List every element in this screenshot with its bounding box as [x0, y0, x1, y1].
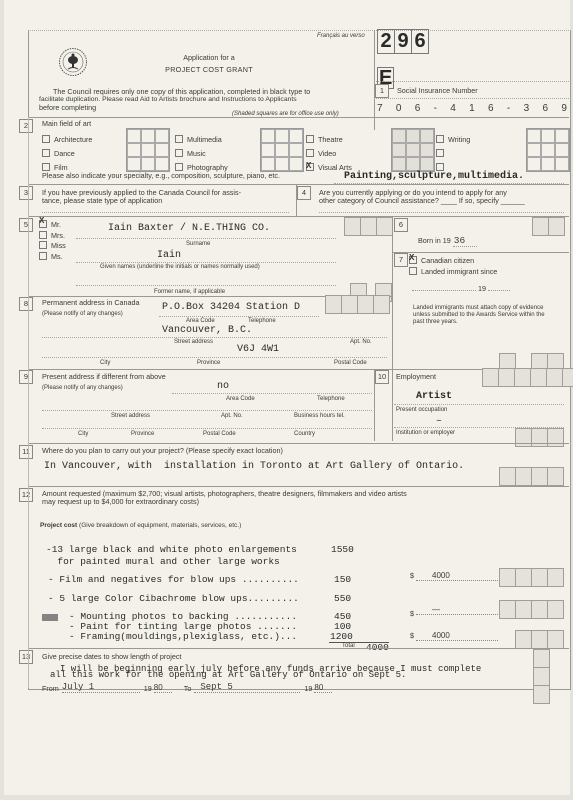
given-names-field[interactable]: Iain	[157, 250, 181, 261]
checkbox-mrs[interactable]: Mrs.	[39, 231, 66, 242]
office-grid	[526, 128, 570, 172]
canada-council-seal-icon	[58, 47, 88, 77]
cost-item: -13 large black and white photo enlargem…	[46, 544, 297, 555]
cost-item: - Film and negatives for blow ups ......…	[48, 574, 299, 585]
cost-item-amount: 1550	[331, 544, 354, 555]
former-name-field[interactable]	[76, 285, 336, 286]
office-boxes	[500, 568, 564, 587]
office-boxes	[533, 650, 550, 704]
cost-item: - 5 large Color Cibachrome blow ups.....…	[48, 593, 299, 604]
sin-digit: 7	[377, 103, 383, 114]
employment-label: Employment	[396, 373, 436, 381]
office-grid	[126, 128, 170, 172]
city-label: City	[78, 431, 88, 438]
title-options: XMr. Mrs. Miss Ms.	[39, 220, 66, 262]
checkbox-music[interactable]: Music	[175, 147, 228, 161]
telephone-label: Telephone	[317, 396, 345, 403]
section-number-1: 1	[375, 84, 389, 98]
citizenship-options: XCanadian citizen Landed immigrant since	[409, 255, 497, 277]
office-boxes	[516, 630, 564, 649]
permanent-address-label: Permanent address in Canada	[42, 299, 140, 307]
street-address-label: Street address	[174, 339, 213, 346]
present-street-field[interactable]	[42, 410, 372, 411]
section-number-2: 2	[19, 119, 33, 133]
checkbox-mr[interactable]: XMr.	[39, 220, 66, 231]
employer-label: Institution or employer	[396, 430, 455, 437]
postal-code-label: Postal Code	[203, 431, 236, 438]
postal-code-label: Postal Code	[334, 360, 367, 367]
section-number-13: 13	[19, 650, 33, 664]
prev-application-field[interactable]	[42, 212, 289, 213]
province-label: Province	[131, 431, 154, 438]
sin-digit: 9	[561, 103, 567, 114]
apt-no-label: Apt. No.	[350, 339, 372, 346]
file-digit: 9	[395, 29, 412, 54]
street-address-label: Street address	[111, 413, 150, 420]
section-number-9: 9	[19, 370, 33, 384]
immigrant-note: Landed immigrants must attach copy of ev…	[413, 305, 548, 326]
checkbox-canadian-citizen[interactable]: XCanadian citizen	[409, 255, 497, 266]
section-number-11: 11	[19, 445, 33, 459]
present-address-label: Present address if different from above	[42, 373, 166, 381]
art-field-col1: Architecture Dance Film	[42, 133, 92, 175]
postal-code-field[interactable]: V6J 4W1	[237, 344, 279, 355]
sin-digit: -	[434, 103, 437, 114]
checkbox-ms[interactable]: Ms.	[39, 252, 66, 263]
cost-item: - Framing(mouldings,plexiglass, etc.)...	[69, 631, 297, 642]
art-field-col2: Multimedia Music Photography	[175, 133, 228, 175]
former-name-label: Former name, if applicable	[154, 289, 225, 296]
checkbox-other-1[interactable]	[436, 147, 470, 161]
present-address-sublabel: (Please notify of any changes)	[42, 385, 123, 392]
area-code-label: Area Code	[186, 318, 215, 325]
address-line1-field[interactable]: P.O.Box 34204 Station D	[162, 302, 300, 313]
section-number-7: 7	[394, 253, 408, 267]
project-dates-label: Give precise dates to show length of pro…	[42, 653, 181, 661]
cost-item: for painted mural and other large works	[46, 556, 280, 567]
section-number-6: 6	[394, 218, 408, 232]
telephone-label: Telephone	[248, 318, 276, 325]
intro-line1: The Council requires only one copy of th…	[39, 88, 374, 96]
french-note: Français au verso	[317, 33, 365, 40]
title-line1: Application for a	[134, 54, 284, 62]
prev-application-label: If you have previously applied to the Ca…	[42, 189, 292, 206]
country-label: Country	[294, 431, 315, 438]
present-city-field[interactable]	[42, 428, 372, 429]
cost-item-amount: 1200	[330, 631, 353, 642]
sin-digit: 6	[488, 103, 494, 114]
section-number-3: 3	[19, 186, 33, 200]
cost-item-amount: 550	[334, 593, 351, 604]
surname-field[interactable]: Iain Baxter / N.E.THING CO.	[108, 223, 270, 234]
sin-digit: 6	[542, 103, 548, 114]
amount-field-3[interactable]: $ 4000	[410, 631, 498, 641]
to-year-field[interactable]: 80	[314, 683, 332, 693]
office-boxes	[500, 600, 564, 619]
other-assistance-field[interactable]	[319, 212, 564, 213]
section-number-5: 5	[19, 218, 33, 232]
immigrant-year-row: 19	[412, 285, 510, 293]
checkbox-writing[interactable]: Writing	[436, 133, 470, 147]
sin-label: Social Insurance Number	[397, 87, 478, 95]
art-field-col4: Writing	[436, 133, 470, 175]
from-year-field[interactable]: 80	[154, 683, 172, 693]
project-location-label: Where do you plan to carry out your proj…	[42, 447, 283, 455]
city-label: City	[100, 360, 110, 367]
sin-digit: 0	[396, 103, 402, 114]
office-boxes	[500, 467, 564, 486]
section-number-12: 12	[19, 488, 33, 502]
birth-year: Born in 19 36	[418, 236, 477, 247]
checkbox-miss[interactable]: Miss	[39, 241, 66, 252]
occupation-field[interactable]: Artist	[416, 391, 452, 402]
file-number-boxes: 2 9 6	[377, 29, 429, 54]
checkmark-x-icon: X	[39, 216, 44, 227]
project-location-field[interactable]: In Vancouver, with installation in Toron…	[44, 461, 464, 472]
employer-field[interactable]: –	[436, 416, 442, 427]
section-number-8: 8	[19, 297, 33, 311]
checkbox-video[interactable]: Video	[306, 147, 352, 161]
form-title: Application for a PROJECT COST GRANT	[134, 54, 284, 75]
checkbox-architecture[interactable]: Architecture	[42, 133, 92, 147]
title-line2: PROJECT COST GRANT	[134, 66, 284, 74]
office-boxes	[345, 217, 393, 236]
from-date-field[interactable]: July 1	[62, 682, 140, 693]
office-boxes	[533, 217, 565, 236]
file-digit: 2	[377, 29, 395, 54]
permanent-address-sublabel: (Please notify of any changes)	[42, 311, 123, 318]
specialty-prompt: Please also indicate your specialty, e.g…	[42, 172, 280, 180]
office-boxes	[516, 428, 564, 447]
checkbox-dance[interactable]: Dance	[42, 147, 92, 161]
other-assistance-label: Are you currently applying or do you int…	[319, 189, 569, 206]
office-boxes	[483, 368, 573, 387]
immigrant-year-field[interactable]	[488, 290, 510, 291]
section-number-10: 10	[375, 370, 389, 384]
checkbox-multimedia[interactable]: Multimedia	[175, 133, 228, 147]
office-grid	[260, 128, 304, 172]
sin-digit: 4	[450, 103, 456, 114]
office-grid	[391, 128, 435, 172]
sin-digit: 3	[524, 103, 530, 114]
office-boxes	[326, 295, 390, 314]
amount-field-1[interactable]: $ 4000	[410, 571, 498, 581]
cost-item-amount: 150	[334, 574, 351, 585]
business-tel-label: Business hours tel.	[294, 413, 345, 420]
project-dates-note-line2: all this work for the opening at Art Gal…	[50, 670, 406, 680]
birth-year-field[interactable]: 36	[453, 235, 477, 247]
sin-digit: 1	[469, 103, 475, 114]
file-digit: 6	[412, 29, 429, 54]
intro-text: The Council requires only one copy of th…	[39, 88, 374, 112]
checkbox-theatre[interactable]: Theatre	[306, 133, 352, 147]
present-address-field[interactable]: no	[217, 381, 229, 392]
checkmark-x-icon: X	[409, 253, 414, 264]
province-label: Province	[197, 360, 220, 367]
apt-no-label: Apt. No.	[221, 413, 243, 420]
immigrant-date-field[interactable]	[412, 290, 476, 291]
amount-field-2[interactable]: $ —	[410, 605, 498, 618]
sin-digit: -	[507, 103, 510, 114]
checkbox-landed-immigrant[interactable]: Landed immigrant since	[409, 266, 497, 277]
to-date-field[interactable]: Sept 5	[194, 682, 300, 693]
main-field-label: Main field of art	[42, 120, 91, 128]
art-field-col3: Theatre Video XVisual Arts	[306, 133, 352, 175]
section-number-4: 4	[297, 186, 311, 200]
amount-requested-label: Amount requested (maximum $2,700; visual…	[42, 490, 542, 507]
struck-text	[42, 614, 58, 621]
given-names-label: Given names (underline the initials or n…	[100, 264, 260, 271]
surname-label: Surname	[186, 241, 210, 248]
occupation-label: Present occupation	[396, 407, 447, 414]
project-cost-label: Project cost (Give breakdown of equipmen…	[40, 522, 241, 529]
address-line2-field[interactable]: Vancouver, B.C.	[162, 325, 252, 336]
sin-digit: 6	[415, 103, 421, 114]
sin-field[interactable]: 7 0 6 - 4 1 6 - 3 6 9	[377, 103, 567, 114]
project-dates-row: From July 1 19 80 To Sept 5 19 80	[42, 682, 332, 693]
checkmark-x-icon: X	[306, 159, 311, 173]
application-form-page: Français au verso 2 9 6 E Application fo…	[4, 0, 570, 795]
specialty-field[interactable]: Painting,sculpture,multimedia.	[344, 171, 524, 182]
area-code-label: Area Code	[226, 396, 255, 403]
